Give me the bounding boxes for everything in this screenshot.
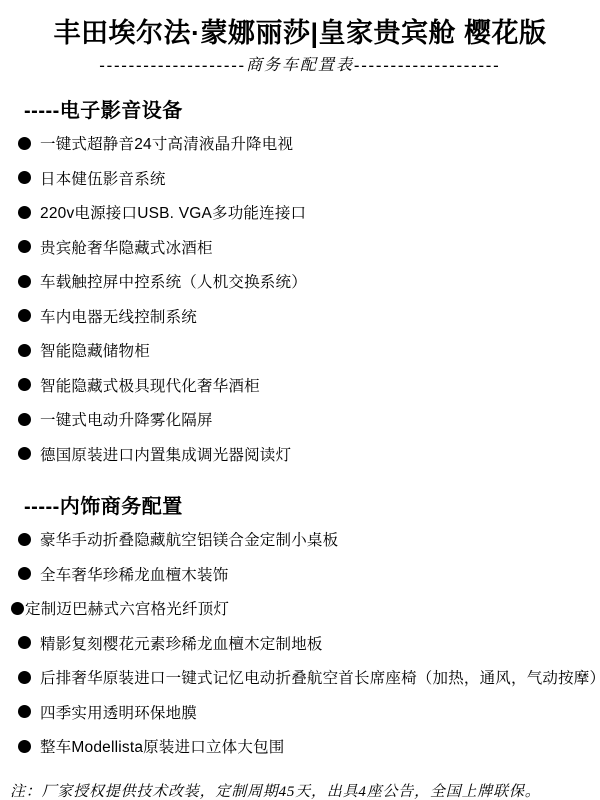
list-item: 一键式超静音24寸高清液晶升降电视 bbox=[0, 126, 600, 161]
item-text: 精影复刻樱花元素珍稀龙血檀木定制地板 bbox=[40, 632, 323, 654]
sheet-footer: 注：厂家授权提供技术改装，定制周期45天，出具4座公告，全国上牌联保。 bbox=[0, 780, 600, 800]
config-sheet: 丰田埃尔法·蒙娜丽莎|皇家贵宾舱 樱花版 -------------------… bbox=[0, 0, 600, 800]
section-heading: -----电子影音设备 bbox=[24, 94, 600, 123]
subtitle-right-dashes: -------------------- bbox=[354, 57, 501, 74]
item-text: 车内电器无线控制系统 bbox=[40, 305, 197, 327]
bullet-icon bbox=[18, 447, 31, 460]
subtitle-left-dashes: -------------------- bbox=[99, 57, 246, 74]
bullet-icon bbox=[18, 567, 31, 580]
list-item: 日本健伍影音系统 bbox=[0, 161, 600, 196]
list-item: 定制迈巴赫式六宫格光纤顶灯 bbox=[0, 591, 600, 626]
list-item: 德国原装进口内置集成调光器阅读灯 bbox=[0, 437, 600, 472]
section-heading: -----内饰商务配置 bbox=[24, 490, 600, 519]
item-text: 智能隐藏储物柜 bbox=[40, 339, 150, 361]
bullet-icon bbox=[11, 602, 24, 615]
list-item: 车载触控屏中控系统（人机交换系统） bbox=[0, 264, 600, 299]
feature-list: 豪华手动折叠隐藏航空铝镁合金定制小桌板全车奢华珍稀龙血檀木装饰定制迈巴赫式六宫格… bbox=[0, 522, 600, 764]
footer-note: 注：厂家授权提供技术改装，定制周期45天，出具4座公告，全国上牌联保。 bbox=[10, 780, 600, 800]
subtitle: --------------------商务车配置表--------------… bbox=[0, 52, 600, 75]
list-item: 智能隐藏储物柜 bbox=[0, 333, 600, 368]
list-item: 后排奢华原装进口一键式记忆电动折叠航空首长席座椅（加热，通风，气动按摩） bbox=[0, 660, 600, 695]
bullet-icon bbox=[18, 171, 31, 184]
bullet-icon bbox=[18, 705, 31, 718]
list-item: 精影复刻樱花元素珍稀龙血檀木定制地板 bbox=[0, 626, 600, 661]
item-text: 220v电源接口USB. VGA多功能连接口 bbox=[40, 201, 306, 223]
list-item: 智能隐藏式极具现代化奢华酒柜 bbox=[0, 368, 600, 403]
list-item: 豪华手动折叠隐藏航空铝镁合金定制小桌板 bbox=[0, 522, 600, 557]
bullet-icon bbox=[18, 309, 31, 322]
list-item: 220v电源接口USB. VGA多功能连接口 bbox=[0, 195, 600, 230]
item-text: 一键式超静音24寸高清液晶升降电视 bbox=[40, 132, 293, 154]
item-text: 智能隐藏式极具现代化奢华酒柜 bbox=[40, 374, 260, 396]
list-item: 贵宾舱奢华隐藏式冰酒柜 bbox=[0, 230, 600, 265]
item-text: 后排奢华原装进口一键式记忆电动折叠航空首长席座椅（加热，通风，气动按摩） bbox=[40, 666, 600, 688]
bullet-icon bbox=[18, 413, 31, 426]
bullet-icon bbox=[18, 137, 31, 150]
item-text: 一键式电动升降雾化隔屏 bbox=[40, 408, 213, 430]
list-item: 全车奢华珍稀龙血檀木装饰 bbox=[0, 557, 600, 592]
list-item: 四季实用透明环保地膜 bbox=[0, 695, 600, 730]
sheet-header: 丰田埃尔法·蒙娜丽莎|皇家贵宾舱 樱花版 -------------------… bbox=[0, 18, 600, 75]
feature-list: 一键式超静音24寸高清液晶升降电视日本健伍影音系统220v电源接口USB. VG… bbox=[0, 126, 600, 471]
bullet-icon bbox=[18, 636, 31, 649]
item-text: 车载触控屏中控系统（人机交换系统） bbox=[40, 270, 307, 292]
bullet-icon bbox=[18, 344, 31, 357]
list-item: 整车Modellista原装进口立体大包围 bbox=[0, 729, 600, 764]
item-text: 定制迈巴赫式六宫格光纤顶灯 bbox=[25, 597, 229, 619]
item-text: 日本健伍影音系统 bbox=[40, 167, 166, 189]
item-text: 德国原装进口内置集成调光器阅读灯 bbox=[40, 443, 291, 465]
bullet-icon bbox=[18, 740, 31, 753]
item-text: 整车Modellista原装进口立体大包围 bbox=[40, 735, 284, 757]
item-text: 全车奢华珍稀龙血檀木装饰 bbox=[40, 563, 228, 585]
item-text: 四季实用透明环保地膜 bbox=[40, 701, 197, 723]
bullet-icon bbox=[18, 671, 31, 684]
bullet-icon bbox=[18, 378, 31, 391]
config-sections: -----电子影音设备一键式超静音24寸高清液晶升降电视日本健伍影音系统220v… bbox=[0, 94, 600, 764]
subtitle-text: 商务车配置表 bbox=[246, 57, 354, 74]
bullet-icon bbox=[18, 206, 31, 219]
item-text: 贵宾舱奢华隐藏式冰酒柜 bbox=[40, 236, 213, 258]
bullet-icon bbox=[18, 533, 31, 546]
list-item: 车内电器无线控制系统 bbox=[0, 299, 600, 334]
bullet-icon bbox=[18, 240, 31, 253]
list-item: 一键式电动升降雾化隔屏 bbox=[0, 402, 600, 437]
bullet-icon bbox=[18, 275, 31, 288]
page-title: 丰田埃尔法·蒙娜丽莎|皇家贵宾舱 樱花版 bbox=[0, 18, 600, 49]
item-text: 豪华手动折叠隐藏航空铝镁合金定制小桌板 bbox=[40, 528, 338, 550]
